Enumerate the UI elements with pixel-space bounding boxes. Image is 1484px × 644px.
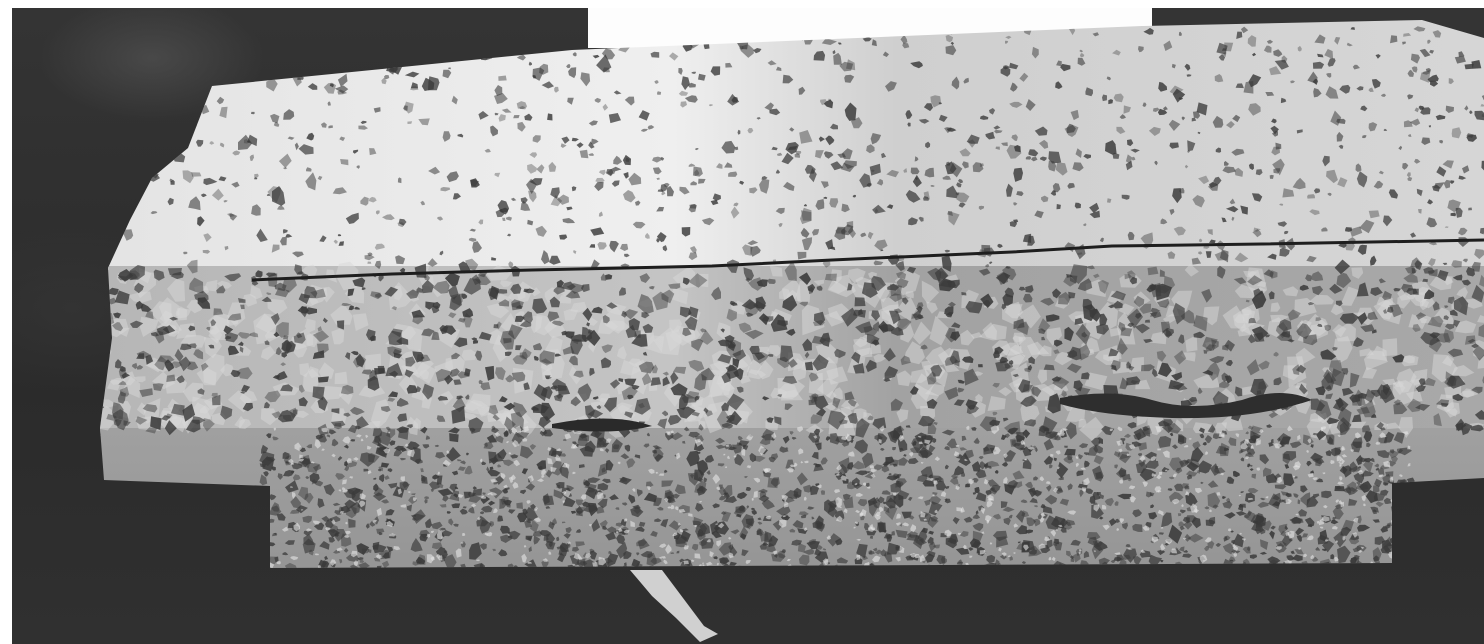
rebar-fragment bbox=[12, 8, 1484, 644]
concrete-slab-photo bbox=[12, 8, 1484, 644]
